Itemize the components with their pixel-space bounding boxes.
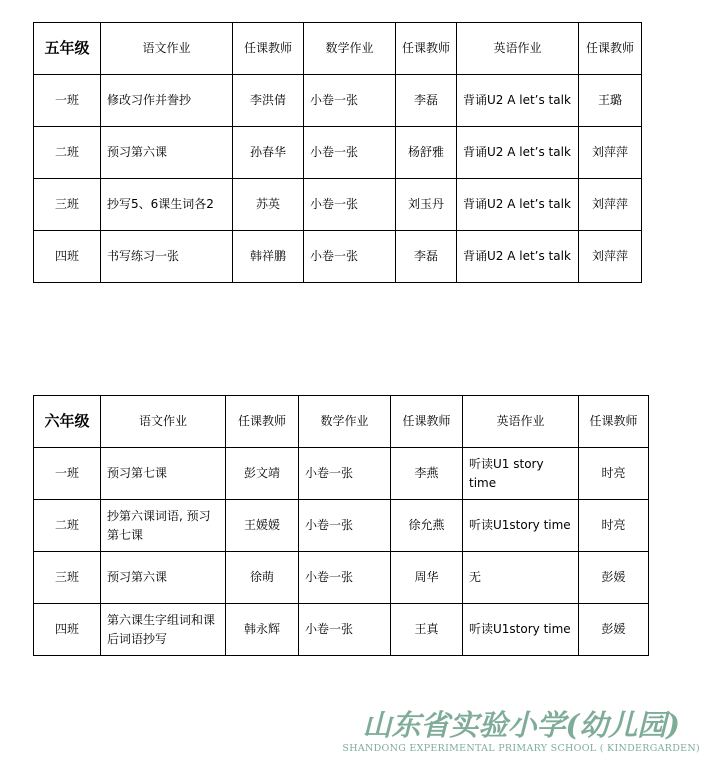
table-row: 一班预习第七课彭文靖小卷一张李燕听读U1 story time时亮 xyxy=(34,448,649,500)
cell-class: 四班 xyxy=(34,604,101,656)
header-math-teacher: 任课教师 xyxy=(391,396,463,448)
cell-chinese-homework: 抄写5、6课生词各2 xyxy=(101,179,233,231)
cell-chinese-homework: 书写练习一张 xyxy=(101,231,233,283)
cell-chinese-teacher: 孙春华 xyxy=(233,127,304,179)
cell-chinese-teacher: 李洪倩 xyxy=(233,75,304,127)
cell-chinese-teacher: 韩永辉 xyxy=(226,604,299,656)
table-row: 一班修改习作并誊抄李洪倩小卷一张李磊背诵U2 A let’s talk王璐 xyxy=(34,75,642,127)
header-english-teacher: 任课教师 xyxy=(579,396,649,448)
cell-english-homework: 背诵U2 A let’s talk xyxy=(457,231,579,283)
cell-math-homework: 小卷一张 xyxy=(299,604,391,656)
cell-english-homework: 背诵U2 A let’s talk xyxy=(457,127,579,179)
cell-english-homework: 听读U1 story time xyxy=(463,448,579,500)
cell-class: 二班 xyxy=(34,127,101,179)
cell-chinese-teacher: 苏英 xyxy=(233,179,304,231)
cell-math-homework: 小卷一张 xyxy=(304,231,396,283)
cell-chinese-teacher: 韩祥鹏 xyxy=(233,231,304,283)
grade6-homework-table: 六年级语文作业任课教师数学作业任课教师英语作业任课教师一班预习第七课彭文靖小卷一… xyxy=(33,395,649,656)
cell-english-teacher: 时亮 xyxy=(579,500,649,552)
cell-english-teacher: 时亮 xyxy=(579,448,649,500)
cell-chinese-homework: 预习第六课 xyxy=(101,552,226,604)
table-row: 二班抄第六课词语, 预习第七课王媛媛小卷一张徐允燕听读U1story time时… xyxy=(34,500,649,552)
cell-class: 一班 xyxy=(34,448,101,500)
header-row: 六年级语文作业任课教师数学作业任课教师英语作业任课教师 xyxy=(34,396,649,448)
cell-math-teacher: 李磊 xyxy=(396,231,457,283)
cell-english-teacher: 彭媛 xyxy=(579,552,649,604)
cell-english-teacher: 刘萍萍 xyxy=(579,179,642,231)
school-logo: 山东省实验小学(幼儿园) SHANDONG EXPERIMENTAL PRIMA… xyxy=(342,709,700,754)
table-row: 三班抄写5、6课生词各2苏英小卷一张刘玉丹背诵U2 A let’s talk刘萍… xyxy=(34,179,642,231)
table-row: 三班预习第六课徐萌小卷一张周华无彭媛 xyxy=(34,552,649,604)
header-math-homework: 数学作业 xyxy=(299,396,391,448)
header-chinese-teacher: 任课教师 xyxy=(226,396,299,448)
cell-english-homework: 背诵U2 A let’s talk xyxy=(457,75,579,127)
header-math-teacher: 任课教师 xyxy=(396,23,457,75)
cell-chinese-homework: 第六课生字组词和课后词语抄写 xyxy=(101,604,226,656)
header-english-homework: 英语作业 xyxy=(457,23,579,75)
table-row: 四班第六课生字组词和课后词语抄写韩永辉小卷一张王真听读U1story time彭… xyxy=(34,604,649,656)
header-chinese-teacher: 任课教师 xyxy=(233,23,304,75)
header-chinese-homework: 语文作业 xyxy=(101,23,233,75)
school-logo-english-text: SHANDONG EXPERIMENTAL PRIMARY SCHOOL ( K… xyxy=(342,743,700,754)
cell-class: 四班 xyxy=(34,231,101,283)
cell-english-homework: 无 xyxy=(463,552,579,604)
cell-math-homework: 小卷一张 xyxy=(304,75,396,127)
header-english-teacher: 任课教师 xyxy=(579,23,642,75)
cell-math-homework: 小卷一张 xyxy=(304,179,396,231)
header-grade: 五年级 xyxy=(34,23,101,75)
school-logo-chinese-text: 山东省实验小学(幼儿园) xyxy=(342,709,700,742)
cell-chinese-homework: 修改习作并誊抄 xyxy=(101,75,233,127)
cell-class: 一班 xyxy=(34,75,101,127)
cell-math-teacher: 徐允燕 xyxy=(391,500,463,552)
cell-chinese-teacher: 彭文靖 xyxy=(226,448,299,500)
cell-math-homework: 小卷一张 xyxy=(299,500,391,552)
cell-class: 三班 xyxy=(34,179,101,231)
cell-math-teacher: 杨舒雅 xyxy=(396,127,457,179)
cell-chinese-homework: 预习第七课 xyxy=(101,448,226,500)
cell-english-homework: 听读U1story time xyxy=(463,500,579,552)
cell-class: 三班 xyxy=(34,552,101,604)
table-row: 四班书写练习一张韩祥鹏小卷一张李磊背诵U2 A let’s talk刘萍萍 xyxy=(34,231,642,283)
cell-math-teacher: 李磊 xyxy=(396,75,457,127)
cell-math-teacher: 刘玉丹 xyxy=(396,179,457,231)
cell-english-teacher: 王璐 xyxy=(579,75,642,127)
table-row: 二班预习第六课孙春华小卷一张杨舒雅背诵U2 A let’s talk刘萍萍 xyxy=(34,127,642,179)
cell-math-homework: 小卷一张 xyxy=(299,448,391,500)
cell-math-teacher: 周华 xyxy=(391,552,463,604)
header-english-homework: 英语作业 xyxy=(463,396,579,448)
cell-english-teacher: 刘萍萍 xyxy=(579,127,642,179)
cell-math-homework: 小卷一张 xyxy=(299,552,391,604)
cell-math-teacher: 王真 xyxy=(391,604,463,656)
cell-math-homework: 小卷一张 xyxy=(304,127,396,179)
cell-math-teacher: 李燕 xyxy=(391,448,463,500)
cell-chinese-teacher: 徐萌 xyxy=(226,552,299,604)
grade5-homework-table: 五年级语文作业任课教师数学作业任课教师英语作业任课教师一班修改习作并誊抄李洪倩小… xyxy=(33,22,642,283)
header-row: 五年级语文作业任课教师数学作业任课教师英语作业任课教师 xyxy=(34,23,642,75)
cell-class: 二班 xyxy=(34,500,101,552)
header-math-homework: 数学作业 xyxy=(304,23,396,75)
header-grade: 六年级 xyxy=(34,396,101,448)
cell-english-teacher: 刘萍萍 xyxy=(579,231,642,283)
cell-chinese-teacher: 王媛媛 xyxy=(226,500,299,552)
cell-english-homework: 背诵U2 A let’s talk xyxy=(457,179,579,231)
cell-chinese-homework: 抄第六课词语, 预习第七课 xyxy=(101,500,226,552)
grade6-table-body: 六年级语文作业任课教师数学作业任课教师英语作业任课教师一班预习第七课彭文靖小卷一… xyxy=(34,396,649,656)
cell-english-homework: 听读U1story time xyxy=(463,604,579,656)
cell-chinese-homework: 预习第六课 xyxy=(101,127,233,179)
grade5-table-body: 五年级语文作业任课教师数学作业任课教师英语作业任课教师一班修改习作并誊抄李洪倩小… xyxy=(34,23,642,283)
header-chinese-homework: 语文作业 xyxy=(101,396,226,448)
cell-english-teacher: 彭媛 xyxy=(579,604,649,656)
